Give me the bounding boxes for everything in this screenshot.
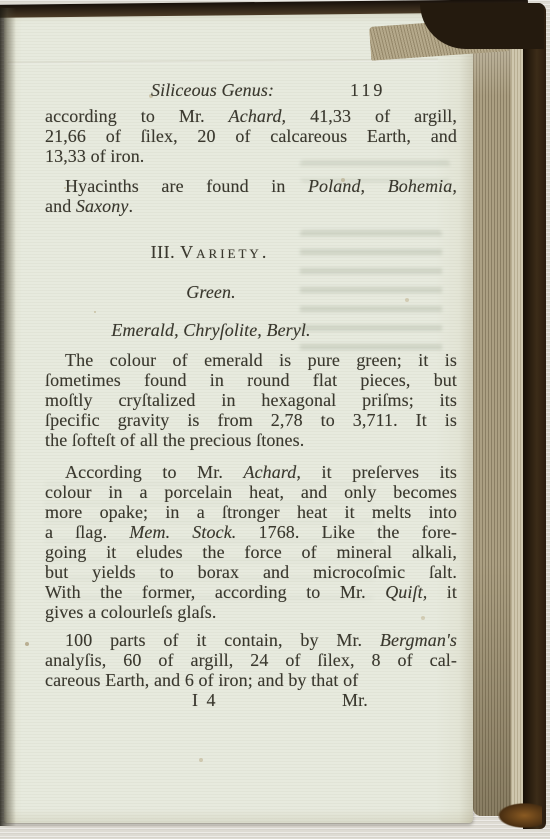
text-line: the ſofteſt of all the precious ſtones. (45, 430, 457, 450)
text: colour in a porcelain heat, and only bec… (45, 482, 457, 502)
text-line: 100 parts of it contain, by Mr. Bergman'… (45, 630, 457, 650)
text: With the former, according to Mr. (45, 582, 385, 602)
typeset-area: Siliceous Genus: 119 according to Mr. Ac… (45, 11, 457, 710)
text: a ſlag. (45, 522, 129, 542)
text-line: 13,33 of iron. (45, 146, 457, 166)
text: . (128, 196, 133, 216)
text: but yields to borax and microcoſmic ſalt… (45, 562, 457, 582)
text-line: Green. (45, 282, 377, 302)
gutter-shadow (0, 8, 16, 826)
text: According to Mr. (65, 462, 243, 482)
subheading: Emerald, Chryſolite, Beryl. (45, 320, 377, 340)
text: it preſerves its (301, 462, 457, 482)
text: it (427, 582, 457, 602)
text-line: analyſis, 60 of argill, 24 of ſilex, 8 o… (45, 650, 457, 670)
text-line: gives a colourleſs glaſs. (45, 602, 457, 622)
page-header: Siliceous Genus: 119 (45, 80, 457, 102)
paragraph: Hyacinths are found in Poland, Bohemia,a… (45, 176, 457, 216)
text: going it eludes the force of mineral alk… (45, 542, 457, 562)
text-line: more opake; in a ſtronger heat it melts … (45, 502, 457, 522)
text: and (45, 196, 76, 216)
text: 41,33 of argill, (286, 106, 457, 126)
cover-corner-glint (498, 803, 542, 828)
text: according to Mr. (45, 106, 229, 126)
text: The colour of emerald is pure green; it … (65, 350, 457, 370)
text-line: III. Variety. (45, 242, 375, 262)
text-line: According to Mr. Achard, it preſerves it… (45, 462, 457, 482)
text (365, 176, 388, 196)
subheading: Green. (45, 282, 377, 302)
book-photo: { "colors": { "backdrop": "#dedbd3", "pa… (0, 0, 550, 839)
italic-text: Mem. Stock. (129, 522, 236, 542)
text-line: With the former, according to Mr. Quiſt,… (45, 582, 457, 602)
text-line: going it eludes the force of mineral alk… (45, 542, 457, 562)
text: careous Earth, and 6 of iron; and by tha… (45, 670, 358, 690)
text-line: and Saxony. (45, 196, 457, 216)
book-fore-edge (473, 26, 513, 816)
smallcaps-text: Variety. (180, 242, 269, 262)
italic-text: Achard, (243, 462, 301, 482)
text-line: ſometimes found in round flat pieces, bu… (45, 370, 457, 390)
gathering-signature: I 4 (192, 690, 218, 710)
paragraph: According to Mr. Achard, it preſerves it… (45, 462, 457, 622)
text-line: careous Earth, and 6 of iron; and by tha… (45, 670, 457, 690)
text: 13,33 of iron. (45, 146, 144, 166)
book-cover (523, 3, 546, 829)
text: ſpecific gravity is from 2,78 to 3,711. … (45, 410, 457, 430)
italic-text: Quiſt, (385, 582, 427, 602)
text: ſometimes found in round flat pieces, bu… (45, 370, 457, 390)
page-number: 119 (350, 80, 385, 100)
text-line: colour in a porcelain heat, and only bec… (45, 482, 457, 502)
text-line: 21,66 of ſilex, 20 of calcareous Earth, … (45, 126, 457, 146)
italic-text: Poland, (308, 176, 365, 196)
italic-text: Bohemia, (388, 176, 457, 196)
text: analyſis, 60 of argill, 24 of ſilex, 8 o… (45, 650, 457, 670)
text-line: ſpecific gravity is from 2,78 to 3,711. … (45, 410, 457, 430)
book-page: Siliceous Genus: 119 according to Mr. Ac… (4, 11, 473, 823)
running-title: Siliceous Genus: (151, 80, 274, 100)
text: Hyacinths are found in (65, 176, 308, 196)
text: III. (151, 242, 180, 262)
text-blocks: according to Mr. Achard, 41,33 of argill… (45, 106, 457, 690)
text-line: Emerald, Chryſolite, Beryl. (45, 320, 377, 340)
text: 1768. Like the fore- (236, 522, 457, 542)
text: 100 parts of it contain, by Mr. (65, 630, 380, 650)
paragraph: 100 parts of it contain, by Mr. Bergman'… (45, 630, 457, 690)
text-line: according to Mr. Achard, 41,33 of argill… (45, 106, 457, 126)
signature-line: I 4 Mr. (45, 690, 457, 710)
text: more opake; in a ſtronger heat it melts … (45, 502, 457, 522)
heading: III. Variety. (45, 242, 375, 262)
text: moſtly cryſtalized in hexagonal priſms; … (45, 390, 457, 410)
italic-text: Green. (186, 282, 235, 302)
text-line: moſtly cryſtalized in hexagonal priſms; … (45, 390, 457, 410)
paragraph: The colour of emerald is pure green; it … (45, 350, 457, 450)
text-line: The colour of emerald is pure green; it … (45, 350, 457, 370)
italic-text: Achard, (229, 106, 287, 126)
italic-text: Saxony (76, 196, 129, 216)
paragraph: according to Mr. Achard, 41,33 of argill… (45, 106, 457, 166)
text: 21,66 of ſilex, 20 of calcareous Earth, … (45, 126, 457, 146)
text-line: Hyacinths are found in Poland, Bohemia, (45, 176, 457, 196)
text-line: a ſlag. Mem. Stock. 1768. Like the fore- (45, 522, 457, 542)
italic-text: Emerald, Chryſolite, Beryl. (111, 320, 310, 340)
text: the ſofteſt of all the precious ſtones. (45, 430, 304, 450)
text: gives a colourleſs glaſs. (45, 602, 216, 622)
text-line: but yields to borax and microcoſmic ſalt… (45, 562, 457, 582)
catchword: Mr. (342, 690, 368, 710)
italic-text: Bergman's (380, 630, 457, 650)
